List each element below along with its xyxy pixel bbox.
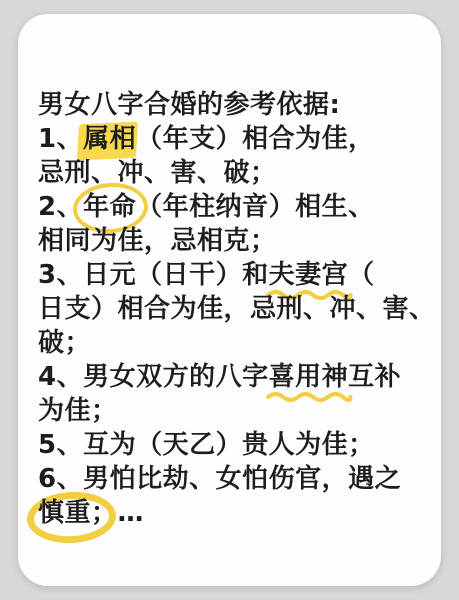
content-card: 男女八字合婚的参考依据: 1、属相（年支）相合为佳，忌刑、冲、害、破；2、年命（…: [18, 14, 441, 586]
text-segment: 5、互为（天乙）贵人为佳；: [38, 428, 375, 462]
text-segment: （: [348, 258, 375, 292]
text-line: 慎重；…: [38, 496, 438, 530]
text-segment: 4、男女双方的八字: [38, 360, 269, 394]
body-lines: 1、属相（年支）相合为佳，忌刑、冲、害、破；2、年命（年柱纳音）相生、相同为佳，…: [38, 122, 438, 530]
text-line: 4、男女双方的八字喜用神互补: [38, 360, 438, 394]
text-segment: 日支）相合为佳，忌刑、冲、害、: [38, 292, 436, 326]
text-line: 3、日元（日干）和夫妻宫（: [38, 258, 438, 292]
text-segment: 3、日元（日干）和: [38, 258, 269, 292]
text-segment: 6、男怕比劫、女怕伤官，遇之: [38, 462, 401, 496]
highlighted-term-wavy: 喜用神: [269, 360, 349, 394]
text-line: 2、年命（年柱纳音）相生、: [38, 190, 438, 224]
highlighted-term-wavy: 夫妻宫: [269, 258, 349, 292]
text-line: 5、互为（天乙）贵人为佳；: [38, 428, 438, 462]
page: { "page": { "background_color": "#d8d8d8…: [0, 0, 459, 600]
text-line: 6、男怕比劫、女怕伤官，遇之: [38, 462, 438, 496]
text-segment: （年柱纳音）相生、: [136, 190, 375, 224]
text-segment: 忌刑、冲、害、破；: [38, 156, 277, 190]
text-line: 日支）相合为佳，忌刑、冲、害、: [38, 292, 438, 326]
text-segment: 为佳；: [38, 394, 118, 428]
text-line: 相同为佳，忌相克；: [38, 224, 438, 258]
text-segment: 相同为佳，忌相克；: [38, 224, 277, 258]
text-segment: 破；: [38, 326, 91, 360]
text-segment: 1、: [38, 122, 83, 156]
text-line: 1、属相（年支）相合为佳，: [38, 122, 438, 156]
text-segment: 互补: [348, 360, 401, 394]
text-line: 为佳；: [38, 394, 438, 428]
text-segment: ；…: [91, 496, 144, 530]
text-line: 破；: [38, 326, 438, 360]
text-segment: （年支）相合为佳，: [136, 122, 375, 156]
page-title: 男女八字合婚的参考依据:: [38, 88, 438, 122]
highlighted-term-marker: 属相: [83, 122, 136, 156]
text-block: 男女八字合婚的参考依据: 1、属相（年支）相合为佳，忌刑、冲、害、破；2、年命（…: [38, 88, 438, 530]
highlighted-term-circle: 年命: [83, 190, 136, 224]
highlighted-term-circle-bold: 慎重: [38, 496, 91, 530]
